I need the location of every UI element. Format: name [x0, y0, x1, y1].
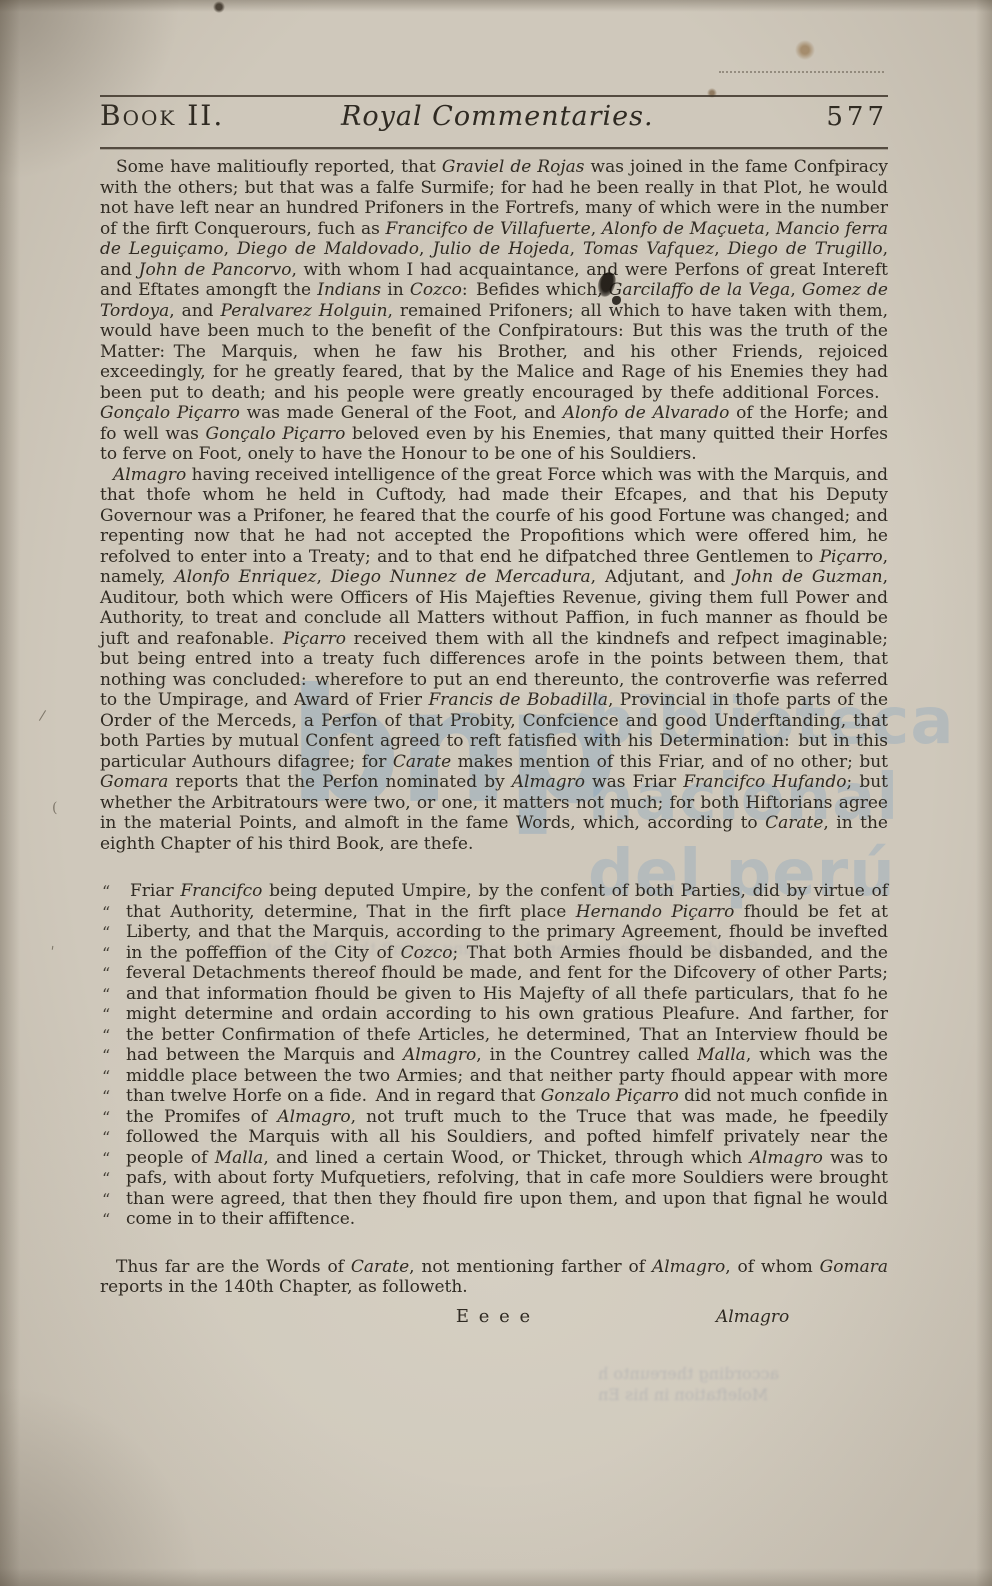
quote-mark: “: [102, 987, 110, 1003]
italic-text-segment: Graviel de Rojas: [442, 157, 585, 177]
italic-text-segment: Gonçalo Piçarro: [206, 424, 346, 444]
text-segment: , Adjutant, and: [591, 567, 735, 587]
italic-text-segment: Almagro: [113, 465, 186, 485]
quote-paragraph: Friar Francifco being deputed Umpire, by…: [126, 881, 888, 1230]
italic-text-segment: Cozco: [410, 280, 462, 300]
header-rule-top: [100, 95, 888, 97]
italic-text-segment: Alonfo Enriquez: [174, 567, 316, 587]
italic-text-segment: John de Guzman: [734, 567, 882, 587]
quote-mark: “: [102, 1212, 110, 1228]
text-segment: , in the Countrey called: [476, 1045, 697, 1065]
text-segment: makes mention of this Friar, and of no o…: [451, 752, 888, 772]
quote-mark: “: [102, 1028, 110, 1044]
text-segment: reports in the 140th Chapter, as followe…: [100, 1277, 468, 1297]
quote-mark: “: [102, 1130, 110, 1146]
text-segment: , and lined a certain Wood, or Thicket, …: [263, 1148, 749, 1168]
italic-text-segment: Garcilaffo de la Vega: [609, 280, 791, 300]
paragraph-closing: Thus far are the Words of Carate, not me…: [100, 1257, 888, 1298]
text-segment: ,: [591, 219, 602, 239]
text-segment: Friar: [130, 881, 180, 901]
italic-text-segment: Almagro: [512, 772, 585, 792]
italic-text-segment: Francifco: [180, 881, 262, 901]
italic-text-segment: Malla: [697, 1045, 746, 1065]
text-segment: : Befides which,: [462, 280, 609, 300]
italic-text-segment: Malla: [215, 1148, 264, 1168]
quote-mark: “: [102, 1069, 110, 1085]
italic-text-segment: Gonzalo Piçarro: [541, 1086, 679, 1106]
italic-text-segment: Cozco: [401, 943, 453, 963]
italic-text-segment: Gonçalo Piçarro: [100, 403, 240, 423]
header-rule-bottom: [100, 147, 888, 149]
italic-text-segment: Diego Nunnez de Mercadura: [331, 567, 591, 587]
text-segment: was made General of the Foot, and: [240, 403, 563, 423]
text-segment: having received intelligence of the grea…: [100, 465, 888, 567]
text-segment: in: [381, 280, 410, 300]
text-segment: ,: [714, 239, 727, 259]
faint-rule-trace: [719, 71, 884, 73]
italic-text-segment: Piçarro: [820, 547, 883, 567]
text-segment: Some have malitioufly reported, that: [116, 157, 442, 177]
italic-text-segment: Piçarro: [283, 629, 346, 649]
text-segment: ,: [765, 219, 776, 239]
quote-mark: “: [102, 884, 110, 900]
italic-text-segment: Diego de Maldovado: [237, 239, 419, 259]
quote-mark: “: [102, 966, 110, 982]
text-segment: ,: [419, 239, 432, 259]
paragraph-almagro-treaty: Almagro having received intelligence of …: [100, 465, 888, 855]
signature-row: E e e e Almagro: [100, 1307, 888, 1333]
italic-text-segment: Gomara: [100, 772, 168, 792]
quote-mark: “: [102, 1048, 110, 1064]
quote-mark: “: [102, 946, 110, 962]
margin-mark: /: [38, 708, 46, 725]
italic-text-segment: Peralvarez Holguin: [221, 301, 388, 321]
text-segment: , and: [169, 301, 220, 321]
book-page-scan: bnp biblioteca nacional del perú like fh…: [0, 0, 992, 1586]
italic-text-segment: Almagro: [277, 1107, 350, 1127]
italic-text-segment: Julio de Hojeda: [432, 239, 569, 259]
catchword: Almagro: [716, 1307, 789, 1328]
italic-text-segment: Almagro: [403, 1045, 476, 1065]
showthrough-text: according thereunto h Moleftation in his…: [598, 1363, 888, 1405]
text-segment: was Friar: [585, 772, 683, 792]
italic-text-segment: Indians: [317, 280, 381, 300]
italic-text-segment: John de Pancorvo: [139, 260, 292, 280]
italic-text-segment: Francis de Bobadilla: [428, 690, 608, 710]
italic-text-segment: Alonfo de Maçueta: [602, 219, 765, 239]
text-segment: Thus far are the Words of: [116, 1257, 351, 1277]
text-body: Some have malitioufly reported, that Gra…: [100, 157, 888, 1333]
italic-text-segment: Carate: [393, 752, 451, 772]
quote-mark: “: [102, 1192, 110, 1208]
italic-text-segment: Francifco de Villafuerte: [386, 219, 591, 239]
margin-mark: ': [49, 944, 55, 960]
italic-text-segment: Hernando Piçarro: [576, 902, 735, 922]
quote-mark: “: [102, 905, 110, 921]
text-segment: ,: [224, 239, 237, 259]
page-number: 577: [826, 102, 888, 132]
margin-mark: (: [52, 800, 57, 816]
italic-text-segment: Tomas Vafquez: [583, 239, 714, 259]
quote-mark: “: [102, 925, 110, 941]
quote-mark: “: [102, 1110, 110, 1126]
text-segment: , of whom: [725, 1257, 819, 1277]
running-header: Book II. Royal Commentaries. 577: [100, 99, 888, 143]
text-segment: ,: [790, 280, 802, 300]
text-segment: reports that the Perfon nominated by: [168, 772, 511, 792]
italic-text-segment: Alonfo de Alvarado: [563, 403, 730, 423]
italic-text-segment: Gomara: [820, 1257, 888, 1277]
text-segment: , not mentioning farther of: [409, 1257, 652, 1277]
block-quote: “““““““““““““““““ Friar Francifco being …: [100, 881, 888, 1230]
text-segment: ,: [316, 567, 330, 587]
quote-mark: “: [102, 1171, 110, 1187]
italic-text-segment: Carate: [765, 813, 823, 833]
quote-mark: “: [102, 1151, 110, 1167]
italic-text-segment: Almagro: [652, 1257, 725, 1277]
quote-mark: “: [102, 1089, 110, 1105]
paragraph-conspiracy: Some have malitioufly reported, that Gra…: [100, 157, 888, 465]
italic-text-segment: Almagro: [750, 1148, 823, 1168]
italic-text-segment: Carate: [351, 1257, 409, 1277]
text-segment: ,: [570, 239, 583, 259]
quote-mark: “: [102, 1007, 110, 1023]
page-title: Royal Commentaries.: [196, 101, 798, 132]
italic-text-segment: Diego de Trugillo: [728, 239, 883, 259]
italic-text-segment: Francifco Hufando: [683, 772, 846, 792]
